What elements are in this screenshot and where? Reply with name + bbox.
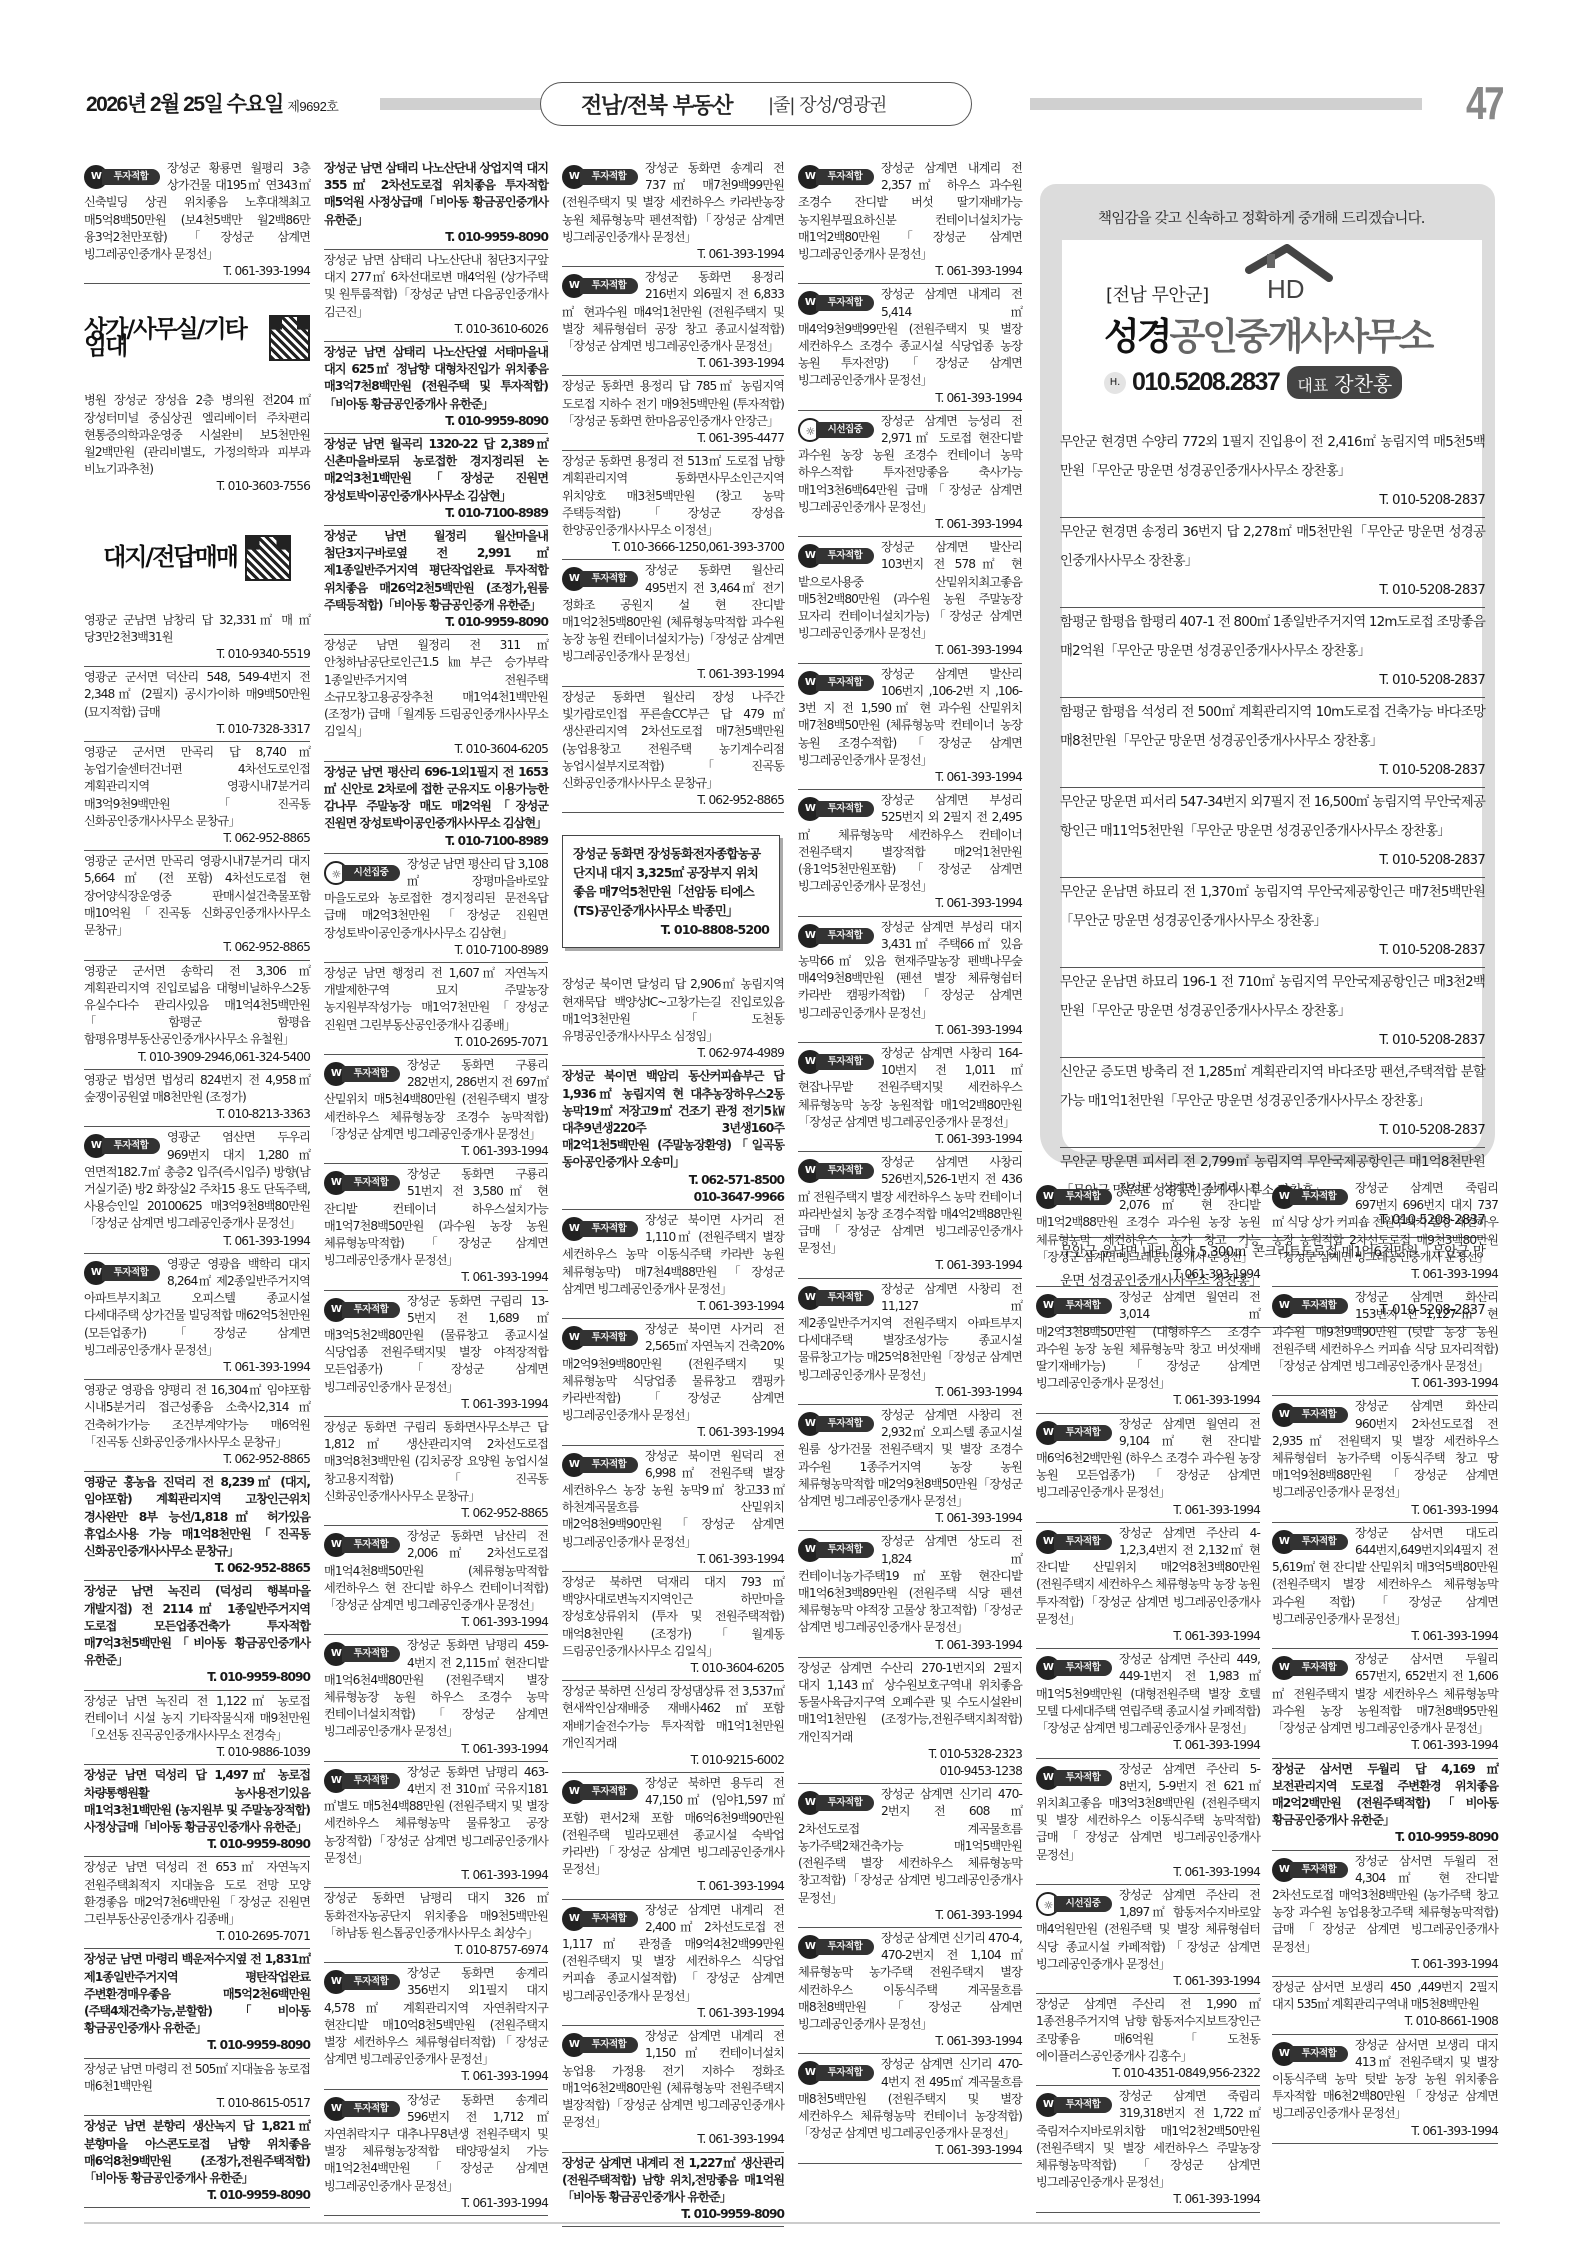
listing-phone[interactable]: T. 061-393-1994 bbox=[324, 2195, 548, 2212]
svg-text:HD: HD bbox=[1267, 274, 1305, 302]
listing[interactable]: 영광군 군서면 덕산리 548, 549-4번지 전 2,348㎡ (2필지) … bbox=[84, 667, 310, 742]
listing-phone[interactable]: T. 061-393-1994 bbox=[84, 263, 310, 280]
listing-phone[interactable]: T. 061-393-1994 bbox=[798, 1257, 1022, 1274]
listing[interactable]: W투자적합장성군 삼계면 부성리 525번지 외 2필지 전 2,495㎡ 체류… bbox=[798, 790, 1022, 916]
listing[interactable]: 장성군 삼서면 보생리 450 ,449번지 2필지 대지 535㎡ 계획관리구… bbox=[1272, 1977, 1498, 2035]
badge-label: 투자적합 bbox=[1290, 1298, 1348, 1314]
listing-phone[interactable]: T. 010-9886-1039 bbox=[84, 1744, 310, 1761]
listing-phone[interactable]: T. 061-393-1994 bbox=[324, 1741, 548, 1758]
listing-phone[interactable]: T. 061-393-1994 bbox=[562, 1878, 784, 1895]
promo-listing[interactable]: 무안군 운남면 하묘리 196-1 전 710㎡ 농림지역 무안국제공항인근 매… bbox=[1060, 968, 1485, 1058]
listing-text: 장성군 동화면 용정리 전 513㎡ 도로접 남향 계획관리지역 동화면사무소인… bbox=[562, 454, 784, 537]
listing[interactable]: ☼시선집중장성군 삼계면 능성리 전 2,971㎡ 도로접 현잔디밭 과수원 농… bbox=[798, 411, 1022, 537]
promo-agency-name: 성경공인중개사사무소 bbox=[1104, 306, 1431, 360]
listing-phone[interactable]: T. 010-3666-1250,061-393-3700 bbox=[562, 539, 784, 556]
listing[interactable]: W투자적합장성군 삼계면 월연리 전 9,104㎡ 현 잔디밭 매6억6천2백만… bbox=[1036, 1414, 1260, 1523]
listing-phone[interactable]: T. 061-393-1994 bbox=[1036, 1864, 1260, 1881]
listing-text: 무안군 망운면 피서리 547-34번지 외7필지 전 16,500㎡ 농림지역… bbox=[1060, 795, 1485, 839]
listing-text: 장성군 남면 월정리 월산마을내 첨단3지구바로옆 전 2,991㎡ 제1종일반… bbox=[324, 529, 548, 612]
listing[interactable]: 장성군 남면 녹진리 (덕성리 행복마을 개발지접) 전 2114㎡ 1종일반주… bbox=[84, 1581, 310, 1690]
listing-phone[interactable]: T. 010-7100-8989 bbox=[324, 505, 548, 522]
house-logo-icon: HD bbox=[1245, 244, 1335, 302]
invest-badge: W투자적합 bbox=[324, 2094, 402, 2124]
listing[interactable]: 장성군 남면 삼태리 나노산단내 상업지역 대지 355㎡ 2차선도로접 위치좋… bbox=[324, 158, 548, 250]
listing-phone[interactable]: T. 062-952-8865 bbox=[84, 1560, 310, 1577]
listing-phone[interactable]: T. 061-393-1994 bbox=[1272, 1266, 1498, 1283]
invest-badge: W투자적합 bbox=[562, 1450, 640, 1480]
listing-text: 장성군 동화면 구림리 동화면사무소부근 답 1,812㎡ 생산관리지역 2차선… bbox=[324, 1420, 548, 1503]
listing-phone[interactable]: T. 061-393-1994 bbox=[324, 2068, 548, 2085]
badge-label: 투자적합 bbox=[1290, 1660, 1348, 1676]
listing[interactable]: W투자적합장성군 동화면 구룡리 51번지 전 3,580㎡ 현 잔디밭 컨테이… bbox=[324, 1164, 548, 1290]
listing[interactable]: 장성군 북이면 백암리 동산커피숍부근 답 1,936㎡ 농림지역 현 대추농장… bbox=[562, 1066, 784, 1210]
badge-label: 투자적합 bbox=[1054, 1425, 1112, 1441]
listing[interactable]: 장성군 북이면 달성리 답 2,906㎡ 농림지역 현재묵답 백양상IC~고창가… bbox=[562, 974, 784, 1066]
listing-phone[interactable]: T. 061-393-1994 bbox=[798, 263, 1022, 280]
listing[interactable]: W투자적합장성군 동화면 용정리 216번지 외6필지 전 6,833㎡ 현과수… bbox=[562, 267, 784, 376]
listing-phone[interactable]: T. 061-393-1994 bbox=[1036, 1266, 1260, 1283]
invest-badge: W투자적합 bbox=[1272, 1291, 1350, 1321]
listing[interactable]: W투자적합영광군 영광읍 백학리 대지 8,264㎡ 제2종일반주거지역 아파트… bbox=[84, 1254, 310, 1380]
listing-phone[interactable]: T. 061-393-1994 bbox=[798, 642, 1022, 659]
listing[interactable]: 장성군 삼계면 주산리 전 1,990㎡ 1종전용주거지역 남향 함동저수지보트… bbox=[1036, 1994, 1260, 2086]
listing[interactable]: W투자적합장성군 동화면 남평리 463-4번지 전 310㎡ 국유지181㎡별… bbox=[324, 1762, 548, 1888]
badge-label: 투자적합 bbox=[816, 928, 874, 944]
listing-phone[interactable]: T. 010-7100-8989 bbox=[324, 833, 548, 850]
listing-phone[interactable]: T. 061-393-1994 bbox=[324, 1396, 548, 1413]
promo-listing[interactable]: 함평군 함평읍 함평리 407-1 전 800㎡ 1종일반주거지역 12m도로접… bbox=[1060, 608, 1485, 698]
badge-label: 투자적합 bbox=[1054, 1660, 1112, 1676]
listing[interactable]: W투자적합장성군 삼서면 보생리 대지 413㎡ 전원주택지 및 별장 이동식주… bbox=[1272, 2035, 1498, 2144]
listing[interactable]: W투자적합장성군 삼계면 주산리 449, 449-1번지 전 1,983㎡ 매… bbox=[1036, 1649, 1260, 1758]
listing-phone[interactable]: T. 010-9959-8090 bbox=[84, 1669, 310, 1686]
listing-text: 영광군 군서면 만곡리 영광시내7분거리 대지 5,664㎡ (전 포함) 4차… bbox=[84, 854, 310, 937]
listing-phone[interactable]: T. 010-9959-8090 bbox=[324, 229, 548, 246]
invest-badge: W투자적합 bbox=[562, 564, 640, 594]
listing-phone[interactable]: T. 010-9340-5519 bbox=[84, 646, 310, 663]
listing-text: 장성군 남면 마령리 백운저수지옆 전 1,831㎡ 제1종일반주거지역 평탄작… bbox=[84, 1952, 310, 2035]
listing[interactable]: 장성군 남면 행정리 전 1,607㎡ 자연녹지 개발제한구역 묘지 주말농장 … bbox=[324, 963, 548, 1055]
listing[interactable]: 영광군 군남면 남창리 답 32,331㎡ 매 ㎡당3만2천3백31원T. 01… bbox=[84, 610, 310, 668]
listing[interactable]: 장성군 남면 월정리 월산마을내 첨단3지구바로옆 전 2,991㎡ 제1종일반… bbox=[324, 526, 548, 635]
listing-phone[interactable]: T. 010-9959-8090 bbox=[84, 2187, 310, 2204]
listing-text: 함평군 함평읍 함평리 407-1 전 800㎡ 1종일반주거지역 12m도로접… bbox=[1060, 615, 1485, 659]
listing-text: 영광군 홍농읍 진덕리 전 8,239㎡ (대지, 임야포함) 계획관리지역 고… bbox=[84, 1475, 310, 1558]
badge-label: 투자적합 bbox=[1290, 1407, 1348, 1423]
listing[interactable]: W투자적합장성군 삼서면 대도리 644번지,649번지외4필지 전 5,619… bbox=[1272, 1523, 1498, 1649]
page-number: 47 bbox=[1466, 76, 1502, 130]
listing-phone[interactable]: T. 061-393-1994 bbox=[798, 390, 1022, 407]
listing-phone[interactable]: T. 061-393-1994 bbox=[1272, 1502, 1498, 1519]
listing-phone[interactable]: T. 061-393-1994 bbox=[1272, 1628, 1498, 1645]
listing-phone[interactable]: T. 062-974-4989 bbox=[562, 1045, 784, 1062]
listing[interactable]: W투자적합장성군 북이면 사거리 전 2,565㎡ 자연녹지 건축20% 매2억… bbox=[562, 1319, 784, 1445]
promo-listing[interactable]: 무안군 현경면 수양리 772외 1필지 진입용이 전 2,416㎡ 농림지역 … bbox=[1060, 428, 1485, 518]
listing[interactable]: 영광군 군서면 만곡리 영광시내7분거리 대지 5,664㎡ (전 포함) 4차… bbox=[84, 851, 310, 960]
promo-slogan: 책임감을 갖고 신속하고 정확하게 중개해 드리겠습니다. bbox=[1098, 207, 1425, 228]
listing-phone[interactable]: T. 061-393-1994 bbox=[1272, 1375, 1498, 1392]
listing[interactable]: 장성군 남면 월정리 전 311㎡ 안청하남공단로인근1.5㎞부근 승가부락 1… bbox=[324, 635, 548, 761]
invest-badge: W투자적합 bbox=[798, 1156, 876, 1186]
badge-label: 투자적합 bbox=[580, 1911, 638, 1927]
listing[interactable]: 장성군 남면 덕성리 전 653㎡ 자연녹지 전원주택최적지 지대높음 도로 전… bbox=[84, 1857, 310, 1949]
listing-phone[interactable]: T. 010-8213-3363 bbox=[84, 1106, 310, 1123]
listing-text: 장성군 삼서면 보생리 450 ,449번지 2필지 대지 535㎡ 계획관리구… bbox=[1272, 1980, 1498, 2011]
badge-label: 투자적합 bbox=[342, 2101, 400, 2117]
listing-phone[interactable]: T. 010-4351-0849,956-2322 bbox=[1036, 2065, 1260, 2082]
listing[interactable]: 영광군 법성면 법성리 824번지 전 4,958㎡ 숲쟁이공원옆 매8천만원 … bbox=[84, 1070, 310, 1128]
focus-badge: ☼시선집중 bbox=[798, 415, 876, 445]
listing[interactable]: 장성군 남면 삼태리 나노산단옆 서태마을내 대지 625㎡ 정남향 대형차진입… bbox=[324, 342, 548, 434]
invest-badge: W투자적합 bbox=[1272, 1527, 1350, 1557]
listing-phone[interactable]: T. 010-3604-6205 bbox=[562, 1660, 784, 1677]
listing[interactable]: W투자적합장성군 동화면 남산리 전 2,006㎡ 2차선도로접 매1억4천8백… bbox=[324, 1526, 548, 1635]
listing-phone[interactable]: T. 010-2695-7071 bbox=[84, 1928, 310, 1945]
listing-phone[interactable]: T. 010-5208-2837 bbox=[1060, 1116, 1485, 1145]
listing-phone[interactable]: T. 061-393-1994 bbox=[798, 1131, 1022, 1148]
listing-phone[interactable]: T. 010-7100-8989 bbox=[324, 942, 548, 959]
listing[interactable]: W투자적합장성군 동화면 송계리 전 737㎡ 매7천9백99만원 (전원주택지… bbox=[562, 158, 784, 267]
listing-text: 장성군 남면 삼태리 나노산단내 상업지역 대지 355㎡ 2차선도로접 위치좋… bbox=[324, 161, 548, 227]
badge-label: 투자적합 bbox=[816, 1290, 874, 1306]
listing-phone[interactable]: T. 061-393-1994 bbox=[562, 1298, 784, 1315]
column-3: W투자적합장성군 동화면 송계리 전 737㎡ 매7천9백99만원 (전원주택지… bbox=[562, 158, 784, 2227]
listing[interactable]: 장성군 남면 평산리 696-1외1필지 전 1653㎡ 신안로 2차로에 접한… bbox=[324, 762, 548, 854]
badge-label: 투자적합 bbox=[580, 169, 638, 185]
listing-phone[interactable]: T. 062-952-8865 bbox=[562, 792, 784, 809]
listing-phone[interactable]: T. 010-8615-0517 bbox=[84, 2095, 310, 2112]
listing-phone[interactable]: T. 010-5208-2837 bbox=[1060, 666, 1485, 695]
listing[interactable]: W투자적합장성군 삼서면 두월리 657번지, 652번지 전 1,606㎡ 전… bbox=[1272, 1649, 1498, 1758]
listing[interactable]: W투자적합장성군 삼계면 죽림리 697번지 696번지 대지 737㎡ 식당 … bbox=[1272, 1178, 1498, 1287]
listing-phone[interactable]: T. 061-393-1994 bbox=[562, 2005, 784, 2022]
badge-label: 투자적합 bbox=[580, 278, 638, 294]
listing[interactable]: W투자적합장성군 삼계면 사창리 526번지,526-1번지 전 436㎡ 전원… bbox=[798, 1152, 1022, 1278]
listing-phone[interactable]: T. 010-3610-6026 bbox=[324, 321, 548, 338]
listing-text: 장성군 동화면 장성동화전자종합농공단지내 대지 3,325㎡ 공장부지 위치좋… bbox=[573, 846, 760, 918]
listing-text: 장성군 북하면 덕재리 대지 793㎡ 백양사대로변녹지지역인근 하만마을 장성… bbox=[562, 1575, 784, 1658]
promo-contact: H. 010.5208.2837 대표장찬홍 bbox=[1104, 366, 1402, 399]
badge-label: 투자적합 bbox=[580, 571, 638, 587]
invest-badge: W투자적합 bbox=[798, 162, 876, 192]
listing-phone[interactable]: T. 062-952-8865 bbox=[84, 1451, 310, 1468]
invest-badge: W투자적합 bbox=[562, 1323, 640, 1353]
listing-phone[interactable]: T. 062-952-8865 bbox=[84, 830, 310, 847]
listing[interactable]: W투자적합장성군 삼계면 월연리 전 3,014㎡ 매2억3천8백50만원 (대… bbox=[1036, 1287, 1260, 1413]
promo-listing[interactable]: 무안군 운남면 하묘리 전 1,370㎡ 농림지역 무안국제공항인근 매7천5백… bbox=[1060, 878, 1485, 968]
listing[interactable]: W투자적합장성군 동화면 송계리 356번지 외1필지 대지 4,578㎡ 계획… bbox=[324, 1963, 548, 2089]
listing[interactable]: 영광군 군서면 송학리 전 3,306㎡ 계획관리지역 진입로넓음 대형비닐하우… bbox=[84, 961, 310, 1070]
listing[interactable]: 장성군 남면 분향리 생산녹지 답 1,821㎡ 분향마을 아스콘도로접 남향 … bbox=[84, 2116, 310, 2208]
listing-phone[interactable]: T. 061-393-1994 bbox=[1036, 1737, 1260, 1754]
invest-badge: W투자적합 bbox=[1036, 1527, 1114, 1557]
listing-phone[interactable]: T. 061-393-1994 bbox=[1036, 1502, 1260, 1519]
listing-phone[interactable]: T. 061-395-4477 bbox=[562, 430, 784, 447]
listing-phone[interactable]: T. 061-393-1994 bbox=[324, 1269, 548, 1286]
listing[interactable]: W투자적합장성군 동화면 남평리 459-4번지 전 2,115㎡ 현잔디밭 매… bbox=[324, 1635, 548, 1761]
listing-phone[interactable]: T. 061-393-1994 bbox=[562, 1424, 784, 1441]
listing[interactable]: W투자적합장성군 동화면 월산리 495번지 전 3,464㎡ 전기 정화조 공… bbox=[562, 560, 784, 686]
listing[interactable]: W투자적합장성군 삼계면 발산리 103번지 전 578㎡ 현 밭으로사용중 산… bbox=[798, 537, 1022, 663]
listing-phone[interactable]: T. 061-393-1994 bbox=[798, 1384, 1022, 1401]
listing[interactable]: W투자적합장성군 삼계면 죽림리 319,318번지 전 1,722㎡ 죽림저수… bbox=[1036, 2086, 1260, 2212]
badge-label: 투자적합 bbox=[580, 1221, 638, 1237]
listing-phone[interactable]: T. 061-393-1994 bbox=[1036, 2191, 1260, 2208]
invest-badge: W투자적합 bbox=[798, 2058, 876, 2088]
listing[interactable]: W투자적합장성군 삼계면 주산리 5-8번지, 5-9번지 전 621㎡ 위치최… bbox=[1036, 1759, 1260, 1885]
invest-badge: W투자적합 bbox=[562, 271, 640, 301]
listing-phone[interactable]: T. 010-8808-5200 bbox=[573, 920, 769, 939]
listing[interactable]: W투자적합장성군 삼계면 사창리 전 2,932㎡ 오피스텔 종교시설 원룸 상… bbox=[798, 1405, 1022, 1531]
listing-text: 장성군 북이면 백암리 동산커피숍부근 답 1,936㎡ 농림지역 현 대추농장… bbox=[562, 1069, 784, 1169]
badge-label: 투자적합 bbox=[1290, 2046, 1348, 2062]
listing-phone[interactable]: T. 010-9959-8090 bbox=[1272, 1829, 1498, 1846]
page-header: 2026년 2월 25일 수요일 제9692호 전남/전북 부동산 |줄| 장성… bbox=[86, 80, 1502, 130]
listing[interactable]: 장성군 동화면 용정리 답 785㎡ 농림지역 도로접 지하수 전기 매9천5백… bbox=[562, 376, 784, 451]
listing-phone[interactable]: T. 010-9959-8090 bbox=[324, 614, 548, 631]
listing[interactable]: 장성군 남면 삼태리 나노산단내 첨단3지구앞 대지 277㎡ 6차선대로변 매… bbox=[324, 250, 548, 342]
listing-phone[interactable]: T. 061-393-1994 bbox=[1272, 2123, 1498, 2140]
badge-label: 투자적합 bbox=[816, 675, 874, 691]
listing-text: 장성군 북하면 신성리 장성댐상류 전 3,537㎡ 현새싹인삼재배중 재배사4… bbox=[562, 1684, 784, 1750]
listing[interactable]: W투자적합장성군 삼계면 신기리 470-4번지 전 495㎡ 계곡물흐름 매8… bbox=[798, 2054, 1022, 2163]
listing-phone[interactable]: T. 010-2695-7071 bbox=[324, 1034, 548, 1051]
focus-badge: ☼시선집중 bbox=[324, 858, 402, 888]
listing-phone[interactable]: T. 010-9959-8090 bbox=[562, 2206, 784, 2223]
listing-phone[interactable]: T. 061-393-1994 bbox=[798, 895, 1022, 912]
section-heading-land: 대지/전답매매 bbox=[84, 520, 310, 596]
badge-label: 시선집중 bbox=[816, 422, 874, 438]
listing-phone[interactable]: T. 062-571-8500 bbox=[562, 1172, 784, 1189]
listing[interactable]: 장성군 동화면 월산리 장성 나주간 빛가람로인접 푸른솔CC부근 답 479㎡… bbox=[562, 687, 784, 813]
listing-text: 병원 장성군 장성읍 2층 병의원 전204㎡ 장성터미널 중심상권 엘리베이터… bbox=[84, 393, 310, 476]
badge-label: 시선집중 bbox=[342, 865, 400, 881]
listing-phone[interactable]: T. 010-9959-8090 bbox=[84, 2037, 310, 2054]
invest-badge: W투자적합 bbox=[798, 1932, 876, 1962]
listing[interactable]: 장성군 동화면 용정리 전 513㎡ 도로접 남향 계획관리지역 동화면사무소인… bbox=[562, 451, 784, 560]
listing[interactable]: ☼시선집중장성군 삼계면 주산리 전 1,897㎡ 함동저수지바로앞 매4억원만… bbox=[1036, 1885, 1260, 1994]
listing[interactable]: W투자적합장성군 삼계면 사창리 164-10번지 전 1,011㎡ 현잡나무밭… bbox=[798, 1043, 1022, 1152]
listing-phone[interactable]: T. 010-9215-6002 bbox=[562, 1752, 784, 1769]
listing[interactable]: W투자적합장성군 삼서면 두월리 전 4,304㎡ 현 잔디밭 2차선도로접 매… bbox=[1272, 1851, 1498, 1977]
listing[interactable]: 장성군 북하면 신성리 장성댐상류 전 3,537㎡ 현새싹인삼재배중 재배사4… bbox=[562, 1681, 784, 1773]
listing[interactable]: 장성군 남면 마령리 전 505㎡ 지대높음 농로접 매6천1백만원T. 010… bbox=[84, 2059, 310, 2117]
invest-badge: W투자적합 bbox=[324, 1766, 402, 1796]
listing[interactable]: W투자적합장성군 삼계면 화산리 153번지 전 1,127㎡ 현 과수원 매9… bbox=[1272, 1287, 1498, 1396]
listing-phone[interactable]: T. 061-393-1994 bbox=[798, 1907, 1022, 1924]
listing[interactable]: W투자적합장성군 삼계면 발산리 106번지 ,106-2번 지 ,106-3번… bbox=[798, 664, 1022, 790]
listing-phone[interactable]: T. 061-393-1994 bbox=[562, 2131, 784, 2148]
listing-text: 무안군 현경면 수양리 772외 1필지 진입용이 전 2,416㎡ 농림지역 … bbox=[1060, 435, 1485, 479]
listing[interactable]: 장성군 북하면 덕재리 대지 793㎡ 백양사대로변녹지지역인근 하만마을 장성… bbox=[562, 1572, 784, 1681]
listing-phone[interactable]: T. 061-393-1994 bbox=[1036, 1628, 1260, 1645]
promo-region: [전남 무안군] bbox=[1106, 281, 1209, 307]
listing[interactable]: W투자적합장성군 삼계면 주산리 4-1,2,3,4번지 전 2,132㎡ 현 … bbox=[1036, 1523, 1260, 1649]
promo-listing[interactable]: 무안군 망운면 피서리 547-34번지 외7필지 전 16,500㎡ 농림지역… bbox=[1060, 788, 1485, 878]
listing-phone[interactable]: T. 010-5208-2837 bbox=[1060, 936, 1485, 965]
listing-phone[interactable]: T. 010-5208-2837 bbox=[1060, 846, 1485, 875]
invest-badge: W투자적합 bbox=[1036, 1418, 1114, 1448]
invest-badge: W투자적합 bbox=[1272, 1182, 1350, 1212]
listing[interactable]: W투자적합장성군 삼계면 내계리 전 2,357㎡ 하우스 과수원 조경수 잔디… bbox=[798, 158, 1022, 284]
invest-badge: W투자적합 bbox=[324, 1967, 402, 1997]
promo-listing[interactable]: 무안군 현경면 송정리 36번지 답 2,278㎡ 매5천만원「무안군 망운면 … bbox=[1060, 518, 1485, 608]
listing[interactable]: W투자적합장성군 삼계면 내계리 전 1,150㎡ 컨테이너설치 농업용 가정용… bbox=[562, 2026, 784, 2152]
listing-phone[interactable]: T. 010-5328-2323 bbox=[798, 1746, 1022, 1763]
listing-phone[interactable]: T. 010-9959-8090 bbox=[84, 1836, 310, 1853]
listing-phone[interactable]: T. 061-393-1994 bbox=[562, 666, 784, 683]
listing-phone[interactable]: T. 061-393-1994 bbox=[562, 246, 784, 263]
listing-text: 함평군 함평읍 석성리 전 500㎡ 계획관리지역 10m도로접 건축가능 바다… bbox=[1060, 705, 1485, 749]
listing-phone[interactable]: T. 062-952-8865 bbox=[324, 1505, 548, 1522]
listing-phone[interactable]: T. 061-393-1994 bbox=[324, 1143, 548, 1160]
invest-badge: W투자적합 bbox=[1036, 1653, 1114, 1683]
invest-badge: W투자적합 bbox=[562, 2030, 640, 2060]
invest-badge: W투자적합 bbox=[798, 1047, 876, 1077]
featured-listing[interactable]: 장성군 동화면 장성동화전자종합농공단지내 대지 3,325㎡ 공장부지 위치좋… bbox=[562, 835, 780, 948]
listing[interactable]: W투자적합장성군 삼계면 신기리 470-2번지 전 608㎡ 2차선도로접 계… bbox=[798, 1784, 1022, 1928]
invest-badge: W투자적합 bbox=[798, 668, 876, 698]
listing-phone[interactable]: T. 061-393-1994 bbox=[562, 1551, 784, 1568]
invest-badge: W투자적합 bbox=[798, 1788, 876, 1818]
listing-phone[interactable]: T. 010-8757-6974 bbox=[324, 1942, 548, 1959]
section-heading-commercial: 상가/사무실/기타임대 bbox=[84, 300, 310, 376]
badge-label: 투자적합 bbox=[816, 295, 874, 311]
listing[interactable]: 장성군 남면 녹진리 전 1,122㎡ 농로접 컨테이너 시설 농지 기타작물식… bbox=[84, 1691, 310, 1766]
listing[interactable]: W투자적합장성군 삼계면 사창리 전 11,127㎡ 제2종일반주거지역 전원주… bbox=[798, 1279, 1022, 1405]
listing-phone[interactable]: T. 061-393-1994 bbox=[798, 769, 1022, 786]
listing-phone[interactable]: T. 010-3604-6205 bbox=[324, 741, 548, 758]
listing-text: 장성군 남면 덕성리 답 1,497㎡ 농로접 차량통행원활 농사용전기있음 매… bbox=[84, 1768, 310, 1834]
listing[interactable]: W투자적합장성군 동화면 구림리 13-5번지 전 1,689㎡ 매3억5천2백… bbox=[324, 1291, 548, 1417]
listing[interactable]: W투자적합장성군 북이면 사거리 전 1,110㎡ (전원주택지 별장 세컨하우… bbox=[562, 1210, 784, 1319]
invest-badge: W투자적합 bbox=[1036, 1763, 1114, 1793]
badge-label: 시선집중 bbox=[1054, 1896, 1112, 1912]
invest-badge: W투자적합 bbox=[562, 1777, 640, 1807]
listing-phone-2[interactable]: 010-9453-1238 bbox=[798, 1763, 1022, 1780]
column-5: W투자적합장성군 삼계면 신기리 전 2,076㎡ 현 잔디밭 매1억2백88만… bbox=[1036, 1178, 1260, 2213]
listing-phone[interactable]: T. 061-393-1994 bbox=[798, 516, 1022, 533]
listing-phone[interactable]: T. 061-393-1994 bbox=[798, 1510, 1022, 1527]
column-4: W투자적합장성군 삼계면 내계리 전 2,357㎡ 하우스 과수원 조경수 잔디… bbox=[798, 158, 1022, 2164]
listing[interactable]: 장성군 남면 월곡리 1320-22 답 2,389㎡ 신촌마을바로뒤 농로접한… bbox=[324, 434, 548, 526]
listing-text: 장성군 동화면 월산리 장성 나주간 빛가람로인접 푸른솔CC부근 답 479㎡… bbox=[562, 690, 784, 790]
invest-badge: W투자적합 bbox=[324, 1059, 402, 1089]
promo-listing[interactable]: 신안군 증도면 방축리 전 1,285㎡ 계획관리지역 바다조망 팬션,주택적합… bbox=[1060, 1058, 1485, 1148]
listing-phone[interactable]: T. 061-393-1994 bbox=[84, 1233, 310, 1250]
listing[interactable]: W투자적합장성군 삼계면 화산리 960번지 2차선도로접 전 2,935㎡ 전… bbox=[1272, 1396, 1498, 1522]
listing-phone[interactable]: T. 010-5208-2837 bbox=[1060, 1026, 1485, 1055]
listing-phone[interactable]: T. 062-952-8865 bbox=[84, 939, 310, 956]
badge-label: 투자적합 bbox=[816, 548, 874, 564]
listing-phone[interactable]: T. 010-5208-2837 bbox=[1060, 576, 1485, 605]
listing-phone[interactable]: T. 061-393-1994 bbox=[324, 1614, 548, 1631]
listing[interactable]: 장성군 남면 덕성리 답 1,497㎡ 농로접 차량통행원활 농사용전기있음 매… bbox=[84, 1765, 310, 1857]
badge-label: 투자적합 bbox=[1054, 1770, 1112, 1786]
listing-phone[interactable]: T. 010-8661-1908 bbox=[1272, 2013, 1498, 2030]
listing-text: 무안군 운남면 하묘리 전 1,370㎡ 농림지역 무안국제공항인근 매7천5백… bbox=[1060, 885, 1485, 929]
listing-phone[interactable]: T. 010-3603-7556 bbox=[84, 478, 310, 495]
listing-phone[interactable]: T. 010-9959-8090 bbox=[324, 413, 548, 430]
listing-phone[interactable]: T. 061-393-1994 bbox=[1272, 1737, 1498, 1754]
section-subtitle: |줄| 장성/영광권 bbox=[768, 91, 886, 117]
qr-code-icon bbox=[245, 535, 291, 581]
listing-text: 장성군 북이면 달성리 답 2,906㎡ 농림지역 현재묵답 백양상IC~고창가… bbox=[562, 977, 784, 1043]
listing-phone[interactable]: T. 010-3909-2946,061-324-5400 bbox=[84, 1049, 310, 1066]
badge-label: 투자적합 bbox=[342, 1066, 400, 1082]
listing[interactable]: W투자적합장성군 삼계면 상도리 전 1,824㎡ 컨테이너농가주택19㎡포함 … bbox=[798, 1531, 1022, 1657]
listing[interactable]: 병원 장성군 장성읍 2층 병의원 전204㎡ 장성터미널 중심상권 엘리베이터… bbox=[84, 390, 310, 503]
listing-phone[interactable]: T. 061-393-1994 bbox=[1272, 1956, 1498, 1973]
listing[interactable]: W투자적합장성군 삼계면 신기리 전 2,076㎡ 현 잔디밭 매1억2백88만… bbox=[1036, 1178, 1260, 1287]
listing[interactable]: W투자적합장성군 북하면 용두리 전 47,150㎡ (임야1,597㎡포함) … bbox=[562, 1773, 784, 1899]
listing[interactable]: W투자적합장성군 삼계면 신기리 470-4, 470-2번지 전 1,104㎡… bbox=[798, 1928, 1022, 2054]
listing-phone[interactable]: T. 061-393-1994 bbox=[84, 1359, 310, 1376]
listing[interactable]: 장성군 동화면 구림리 동화면사무소부근 답 1,812㎡ 생산관리지역 2차선… bbox=[324, 1417, 548, 1526]
listing-phone[interactable]: T. 061-393-1994 bbox=[798, 2142, 1022, 2159]
promo-listing[interactable]: 함평군 함평읍 석성리 전 500㎡ 계획관리지역 10m도로접 건축가능 바다… bbox=[1060, 698, 1485, 788]
listing[interactable]: W투자적합장성군 동화면 송계리 596번지 전 1,712㎡ 자연취락지구 대… bbox=[324, 2090, 548, 2216]
invest-badge: W투자적합 bbox=[1036, 2090, 1114, 2120]
listing-phone[interactable]: T. 010-5208-2837 bbox=[1060, 486, 1485, 515]
listing[interactable]: 영광군 영광읍 양평리 전 16,304㎡ 임야포함 시내5분거리 접근성좋음 … bbox=[84, 1380, 310, 1472]
listing[interactable]: W투자적합장성군 삼계면 내계리 전 5,414㎡ 매4억9천9백99만원 (전… bbox=[798, 284, 1022, 410]
badge-label: 투자적합 bbox=[816, 1795, 874, 1811]
listing-phone[interactable]: T. 061-393-1994 bbox=[324, 1867, 548, 1884]
section-banner: 전남/전북 부동산 |줄| 장성/영광권 bbox=[540, 82, 972, 126]
listing-phone[interactable]: T. 061-393-1994 bbox=[1036, 1392, 1260, 1409]
listing-phone[interactable]: T. 061-393-1994 bbox=[798, 2033, 1022, 2050]
listing[interactable]: 영광군 홍농읍 진덕리 전 8,239㎡ (대지, 임야포함) 계획관리지역 고… bbox=[84, 1472, 310, 1581]
column-6: W투자적합장성군 삼계면 죽림리 697번지 696번지 대지 737㎡ 식당 … bbox=[1272, 1178, 1498, 2144]
listing-text: 영광군 군서면 덕산리 548, 549-4번지 전 2,348㎡ (2필지) … bbox=[84, 670, 310, 718]
badge-label: 투자적합 bbox=[1054, 1189, 1112, 1205]
badge-label: 투자적합 bbox=[580, 2037, 638, 2053]
listing[interactable]: 장성군 동화면 남평리 대지 326㎡ 동화전자농공단지 위치좋음 매9천5백만… bbox=[324, 1888, 548, 1963]
badge-label: 투자적합 bbox=[1054, 1534, 1112, 1550]
listing-phone[interactable]: T. 010-7328-3317 bbox=[84, 721, 310, 738]
invest-badge: W투자적합 bbox=[562, 1904, 640, 1934]
listing-phone[interactable]: T. 061-393-1994 bbox=[798, 1022, 1022, 1039]
listing[interactable]: W투자적합장성군 북이면 원덕리 전 6,998㎡ 전원주택 별장 세컨하우스 … bbox=[562, 1446, 784, 1572]
badge-label: 투자적합 bbox=[1054, 1298, 1112, 1314]
invest-badge: W투자적합 bbox=[84, 1258, 162, 1288]
listing[interactable]: W투자적합장성군 동화면 구룡리 282번지, 286번지 전 697㎡ 산밑위… bbox=[324, 1055, 548, 1164]
listing-phone[interactable]: T. 061-393-1994 bbox=[562, 355, 784, 372]
listing-text: 장성군 남면 월곡리 1320-22 답 2,389㎡ 신촌마을바로뒤 농로접한… bbox=[324, 437, 548, 503]
listing[interactable]: 영광군 군서면 만곡리 답 8,740㎡ 농업기술센터건너편 4차선도로인접 계… bbox=[84, 742, 310, 851]
listing[interactable]: 장성군 남면 마령리 백운저수지옆 전 1,831㎡ 제1종일반주거지역 평탄작… bbox=[84, 1949, 310, 2058]
invest-badge: W투자적합 bbox=[798, 1409, 876, 1439]
listing[interactable]: 장성군 삼서면 두월리 답 4,169㎡ 보전관리지역 도로접 주변환경 위치좋… bbox=[1272, 1759, 1498, 1851]
listing-phone[interactable]: T. 010-5208-2837 bbox=[1060, 756, 1485, 785]
invest-badge: W투자적합 bbox=[798, 921, 876, 951]
promo-phone[interactable]: 010.5208.2837 bbox=[1132, 368, 1279, 397]
badge-label: 투자적합 bbox=[1290, 1862, 1348, 1878]
listing[interactable]: W투자적합장성군 삼계면 부성리 대지 3,431㎡ 주택66㎡ 있음 농막66… bbox=[798, 917, 1022, 1043]
listing[interactable]: W투자적합장성군 삼계면 내계리 전 2,400㎡ 2차선도로접 전 1,117… bbox=[562, 1900, 784, 2026]
invest-badge: W투자적합 bbox=[324, 1530, 402, 1560]
listing-phone[interactable]: T. 061-393-1994 bbox=[798, 1637, 1022, 1654]
listing[interactable]: ☼시선집중장성군 남면 평산리 답 3,108㎡ 장평마을바로앞 마을도로와 농… bbox=[324, 854, 548, 963]
listing-phone-2[interactable]: 010-3647-9966 bbox=[562, 1189, 784, 1206]
listing[interactable]: 장성군 삼계면 수산리 270-1번지외 2필지 대지 1,143㎡ 상수원보호… bbox=[798, 1658, 1022, 1784]
listing[interactable]: 장성군 삼계면 내계리 전 1,227㎡ 생산관리(전원주택적합) 남향 위치,… bbox=[562, 2153, 784, 2228]
listing[interactable]: W투자적합영광군 염산면 두우리 969번지 대지 1,280㎡ 연면적182.… bbox=[84, 1127, 310, 1253]
focus-badge: ☼시선집중 bbox=[1036, 1889, 1114, 1919]
listing-phone[interactable]: T. 061-393-1994 bbox=[1036, 1973, 1260, 1990]
listing[interactable]: W투자적합장성군 황룡면 월평리 3층 상가건물 대195㎡ 연343㎡ 신축빌… bbox=[84, 158, 310, 284]
